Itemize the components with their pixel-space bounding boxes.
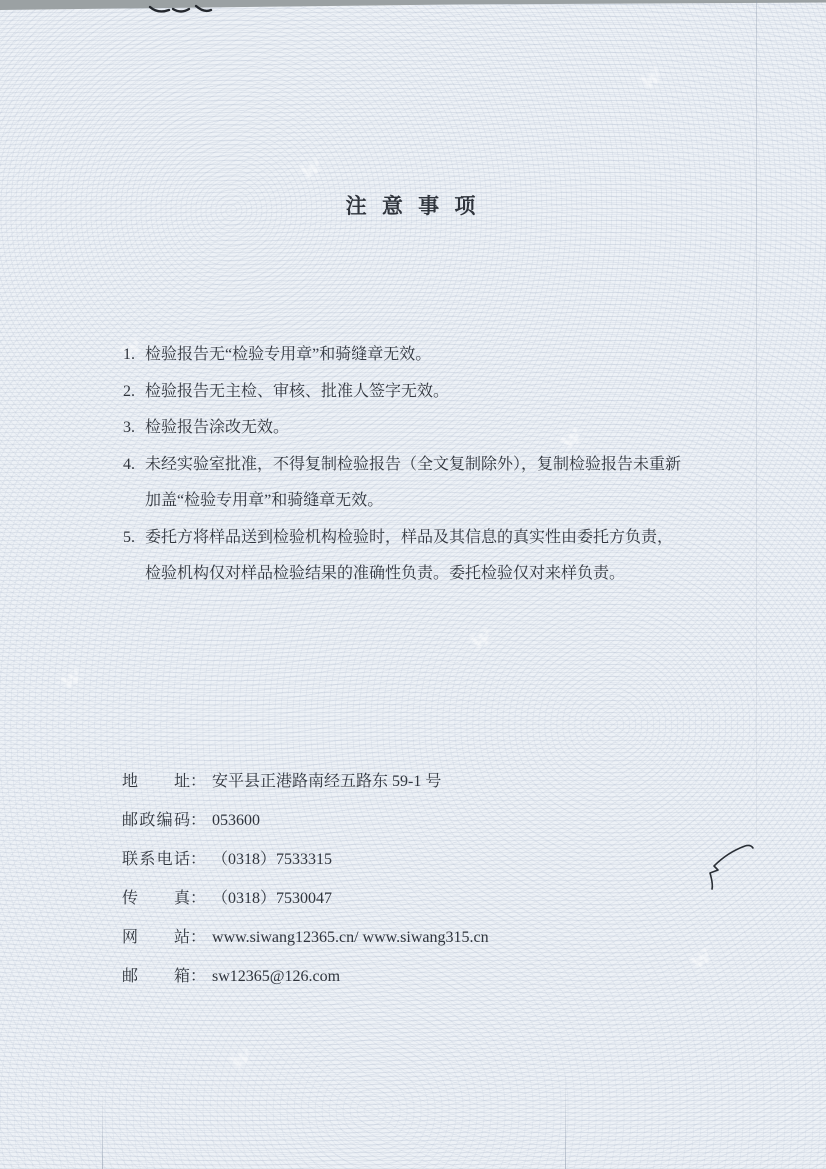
notice-text: 委托方将样品送到检验机构检验时，样品及其信息的真实性由委托方负责，	[145, 520, 743, 557]
contact-value: sw12365@126.com	[212, 968, 340, 985]
watermark-ghost: w	[682, 937, 719, 976]
cut-off-text-marks-icon	[0, 0, 240, 20]
notice-list: 1. 检验报告无“检验专用章”和骑缝章无效。 2. 检验报告无主检、审核、批准人…	[123, 337, 743, 593]
contact-row-fax: 传真：（0318）7530047	[122, 879, 489, 918]
paper-crease	[756, 0, 757, 838]
contact-value: （0318）7533315	[212, 851, 332, 868]
contact-value: （0318）7530047	[212, 890, 332, 907]
watermark-ghost: w	[52, 657, 88, 696]
contact-colon: ：	[190, 957, 206, 996]
scanned-document-page: { "page": { "title": "注 意 事 项", "notices…	[0, 0, 826, 1169]
contact-label: 地址	[122, 762, 190, 801]
contact-label: 传真	[122, 879, 190, 918]
pen-scribble-mark	[690, 835, 780, 905]
contact-label: 邮政编码	[122, 801, 190, 840]
contact-colon: ：	[190, 918, 206, 957]
contact-row-email: 邮箱：sw12365@126.com	[122, 957, 489, 996]
contact-colon: ：	[190, 762, 206, 801]
contact-row-phone: 联系电话：（0318）7533315	[122, 840, 489, 879]
notice-number: 5.	[123, 520, 145, 557]
notice-item: 1. 检验报告无“检验专用章”和骑缝章无效。	[123, 337, 743, 374]
contact-row-postcode: 邮政编码：053600	[122, 801, 489, 840]
notice-text: 检验机构仅对样品检验结果的准确性负责。委托检验仅对来样负责。	[145, 556, 743, 593]
notice-text: 加盖“检验专用章”和骑缝章无效。	[145, 483, 743, 520]
watermark-ghost: w	[632, 57, 668, 96]
notice-item: 2. 检验报告无主检、审核、批准人签字无效。	[123, 374, 743, 411]
watermark-ghost: w	[293, 147, 327, 186]
notice-item: 4. 未经实验室批准，不得复制检验报告（全文复制除外），复制检验报告未重新 加盖…	[123, 447, 743, 520]
contact-colon: ：	[190, 840, 206, 879]
notice-number: 2.	[123, 374, 145, 411]
notice-item: 3. 检验报告涂改无效。	[123, 410, 743, 447]
notice-item: 5. 委托方将样品送到检验机构检验时，样品及其信息的真实性由委托方负责， 检验机…	[123, 520, 743, 593]
contact-value: www.siwang12365.cn/ www.siwang315.cn	[212, 929, 489, 946]
contact-label: 邮箱	[122, 957, 190, 996]
contact-colon: ：	[190, 801, 206, 840]
notice-text: 检验报告无“检验专用章”和骑缝章无效。	[145, 346, 431, 363]
notice-number: 3.	[123, 410, 145, 447]
contact-row-website: 网站：www.siwang12365.cn/ www.siwang315.cn	[122, 918, 489, 957]
notice-number: 4.	[123, 447, 145, 484]
contact-value: 053600	[212, 812, 260, 829]
contact-row-address: 地址：安平县正港路南经五路东 59-1 号	[122, 762, 489, 801]
paper-crease	[102, 1092, 103, 1169]
notice-text: 未经实验室批准，不得复制检验报告（全文复制除外），复制检验报告未重新	[145, 447, 743, 484]
watermark-ghost: w	[463, 617, 497, 656]
page-title: 注 意 事 项	[0, 190, 826, 220]
contact-value: 安平县正港路南经五路东 59-1 号	[212, 773, 441, 790]
notice-text: 检验报告无主检、审核、批准人签字无效。	[145, 383, 449, 400]
contact-label: 联系电话	[122, 840, 190, 879]
contact-label: 网站	[122, 918, 190, 957]
contact-colon: ：	[190, 879, 206, 918]
notice-text: 检验报告涂改无效。	[145, 419, 289, 436]
paper-crease	[565, 1070, 566, 1169]
notice-number: 1.	[123, 337, 145, 374]
watermark-ghost: w	[223, 1037, 258, 1076]
contact-info-block: 地址：安平县正港路南经五路东 59-1 号 邮政编码：053600 联系电话：（…	[122, 762, 489, 996]
